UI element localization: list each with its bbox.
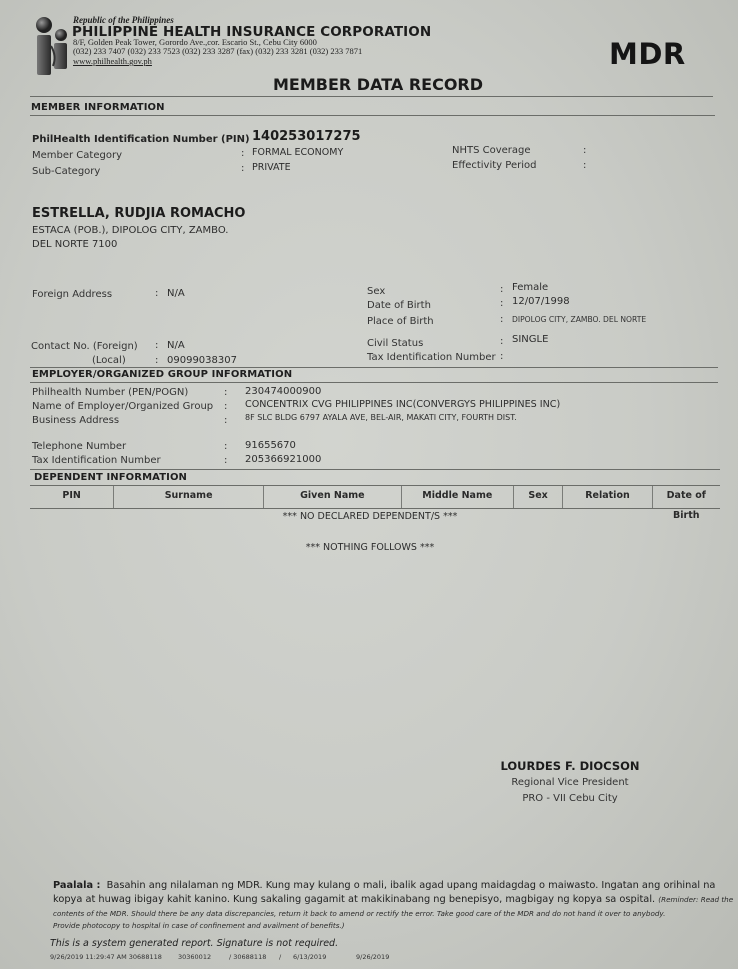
column-header-pin: PIN	[30, 486, 114, 508]
reminder-line2: contents of the MDR. Should there be any…	[53, 909, 665, 918]
employer-tin-value: 205366921000	[245, 454, 321, 465]
page-title: MEMBER DATA RECORD	[273, 75, 483, 94]
business-address-colon: :	[224, 415, 227, 426]
sex-label: Sex	[367, 286, 385, 297]
contact-local-label: (Local)	[92, 355, 126, 366]
paalala-text-line1: Basahin ang nilalaman ng MDR. Kung may k…	[107, 880, 716, 891]
business-address-label: Business Address	[32, 415, 119, 426]
sub-category-label: Sub-Category	[32, 166, 100, 177]
contact-foreign-value: N/A	[167, 340, 185, 351]
contact-foreign-label: Contact No. (Foreign)	[31, 341, 138, 352]
employer-info-heading: EMPLOYER/ORGANIZED GROUP INFORMATION	[32, 369, 292, 380]
foreign-address-value: N/A	[167, 288, 185, 299]
column-header-middle-name: Middle Name	[402, 486, 514, 508]
foreign-address-colon: :	[155, 288, 158, 299]
employer-tin-colon: :	[224, 455, 227, 466]
title-divider	[30, 96, 713, 97]
member-category-label: Member Category	[32, 150, 122, 161]
member-category-value: FORMAL ECONOMY	[252, 147, 343, 158]
sub-category-value: PRIVATE	[252, 162, 291, 173]
corporation-phones: (032) 233 7407 (032) 233 7523 (032) 233 …	[73, 46, 362, 56]
report-meta-sep: /	[279, 953, 281, 961]
member-address-line2: DEL NORTE 7100	[32, 239, 117, 250]
pin-value: 140253017275	[252, 129, 361, 144]
paalala-text-line2: kopya at huwag ibigay kahit kanino. Kung…	[53, 894, 655, 905]
philhealth-logo-icon	[34, 16, 74, 76]
employer-phone-label: Telephone Number	[32, 441, 126, 452]
pin-colon: :	[241, 134, 244, 145]
pin-label: PhilHealth Identification Number (PIN)	[32, 134, 250, 145]
mdr-badge: MDR	[609, 37, 686, 71]
employer-info-bottom-divider	[30, 469, 720, 470]
system-generated-note: This is a system generated report. Signa…	[50, 938, 338, 949]
effectivity-colon: :	[583, 160, 586, 171]
dob-value: 12/07/1998	[512, 296, 570, 307]
signatory-name: LOURDES F. DIOCSON	[460, 759, 680, 773]
employer-phone-colon: :	[224, 441, 227, 452]
nothing-follows-message: *** NOTHING FOLLOWS ***	[200, 542, 540, 553]
dob-colon: :	[500, 298, 503, 309]
report-meta-code1: 30360012	[178, 953, 211, 961]
signatory-position: Regional Vice President	[460, 777, 680, 788]
report-meta-code2: / 30688118	[229, 953, 266, 961]
pen-colon: :	[224, 387, 227, 398]
reminder-line3: Provide photocopy to hospital in case of…	[53, 921, 345, 930]
member-info-heading: MEMBER INFORMATION	[31, 102, 165, 113]
column-header-surname: Surname	[114, 486, 264, 508]
sex-value: Female	[512, 282, 548, 293]
nhts-label: NHTS Coverage	[452, 145, 531, 156]
contact-local-value: 09099038307	[167, 355, 237, 366]
foreign-address-label: Foreign Address	[32, 289, 112, 300]
dob-label: Date of Birth	[367, 300, 431, 311]
effectivity-label: Effectivity Period	[452, 160, 536, 171]
column-header-given-name: Given Name	[264, 486, 402, 508]
dependent-info-heading: DEPENDENT INFORMATION	[34, 472, 187, 483]
nhts-colon: :	[583, 145, 586, 156]
report-meta-timestamp: 9/26/2019 11:29:47 AM 30688118	[50, 953, 162, 961]
paalala-line2: kopya at huwag ibigay kahit kanino. Kung…	[53, 894, 733, 905]
paalala-line1: Paalala : Basahin ang nilalaman ng MDR. …	[53, 880, 715, 891]
no-dependents-message: *** NO DECLARED DEPENDENT/S ***	[200, 511, 540, 522]
report-meta-date2: 9/26/2019	[356, 953, 389, 961]
member-name: ESTRELLA, RUDJIA ROMACHO	[32, 206, 245, 221]
sub-category-colon: :	[241, 163, 244, 174]
pob-value: DIPOLOG CITY, ZAMBO. DEL NORTE	[512, 315, 646, 324]
business-address-value: 8F SLC BLDG 6797 AYALA AVE, BEL-AIR, MAK…	[245, 413, 517, 422]
column-header-relation: Relation	[563, 486, 652, 508]
pen-value: 230474000900	[245, 386, 321, 397]
civil-status-label: Civil Status	[367, 338, 423, 349]
employer-tin-label: Tax Identification Number	[32, 455, 161, 466]
column-header-date-of-birth: Date of Birth	[653, 486, 720, 508]
member-category-colon: :	[241, 148, 244, 159]
member-info-divider	[30, 115, 715, 116]
column-header-sex: Sex	[514, 486, 564, 508]
employer-info-divider	[30, 382, 718, 383]
website-link[interactable]: www.philhealth.gov.ph	[73, 56, 152, 66]
reminder-start: (Reminder: Read the	[658, 895, 733, 904]
pob-label: Place of Birth	[367, 316, 434, 327]
signatory-office: PRO - VII Cebu City	[460, 793, 680, 804]
report-meta-date1: 6/13/2019	[293, 953, 326, 961]
employer-name-label: Name of Employer/Organized Group	[32, 401, 213, 412]
dependent-table-header: PIN Surname Given Name Middle Name Sex R…	[30, 485, 720, 509]
member-tin-label: Tax Identification Number	[367, 352, 496, 363]
contact-foreign-colon: :	[155, 340, 158, 351]
contact-local-colon: :	[155, 355, 158, 366]
paalala-label: Paalala :	[53, 880, 100, 891]
sex-colon: :	[500, 284, 503, 295]
civil-status-value: SINGLE	[512, 334, 548, 345]
member-address-line1: ESTACA (POB.), DIPOLOG CITY, ZAMBO.	[32, 225, 228, 236]
member-tin-colon: :	[500, 351, 503, 362]
pen-label: Philhealth Number (PEN/POGN)	[32, 387, 188, 398]
civil-status-colon: :	[500, 336, 503, 347]
pob-colon: :	[500, 314, 503, 325]
employer-phone-value: 91655670	[245, 440, 296, 451]
member-info-bottom-divider	[30, 367, 718, 368]
employer-name-value: CONCENTRIX CVG PHILIPPINES INC(CONVERGYS…	[245, 399, 560, 410]
employer-name-colon: :	[224, 401, 227, 412]
